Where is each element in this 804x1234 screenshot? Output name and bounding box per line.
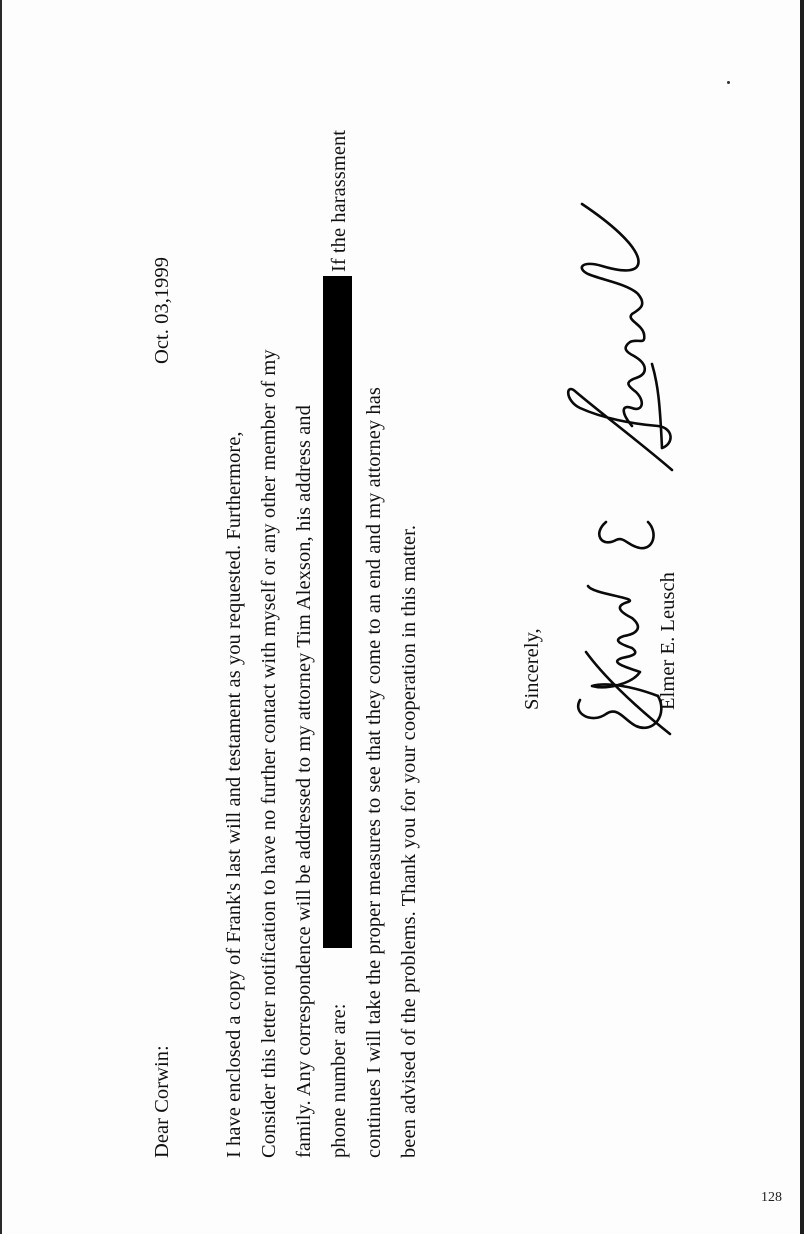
body-line-3: family. Any correspondence will be addre… xyxy=(292,405,316,1158)
salutation: Dear Corwin: xyxy=(150,1045,174,1158)
document-page-frame: Dear Corwin: Oct. 03,1999 I have enclose… xyxy=(0,0,804,1234)
body-line-6: been advised of the problems. Thank you … xyxy=(397,525,421,1158)
body-line-4: phone number are: If the harassment xyxy=(327,1003,351,1158)
closing: Sincerely, xyxy=(520,628,544,710)
redaction-box xyxy=(323,276,352,948)
page-number: 128 xyxy=(761,1190,782,1206)
body-line-1: I have enclosed a copy of Frank's last w… xyxy=(222,431,246,1158)
letter-date: Oct. 03,1999 xyxy=(150,257,174,364)
body-line-4-tail: If the harassment xyxy=(327,130,351,272)
body-line-2: Consider this letter notification to hav… xyxy=(257,349,281,1158)
body-line-4-text: phone number are: xyxy=(328,1003,350,1158)
body-line-5: continues I will take the proper measure… xyxy=(362,387,386,1158)
signer-name: Elmer E. Leusch xyxy=(656,572,680,710)
letter-page: Dear Corwin: Oct. 03,1999 I have enclose… xyxy=(2,0,804,1234)
scan-speck xyxy=(727,81,730,84)
